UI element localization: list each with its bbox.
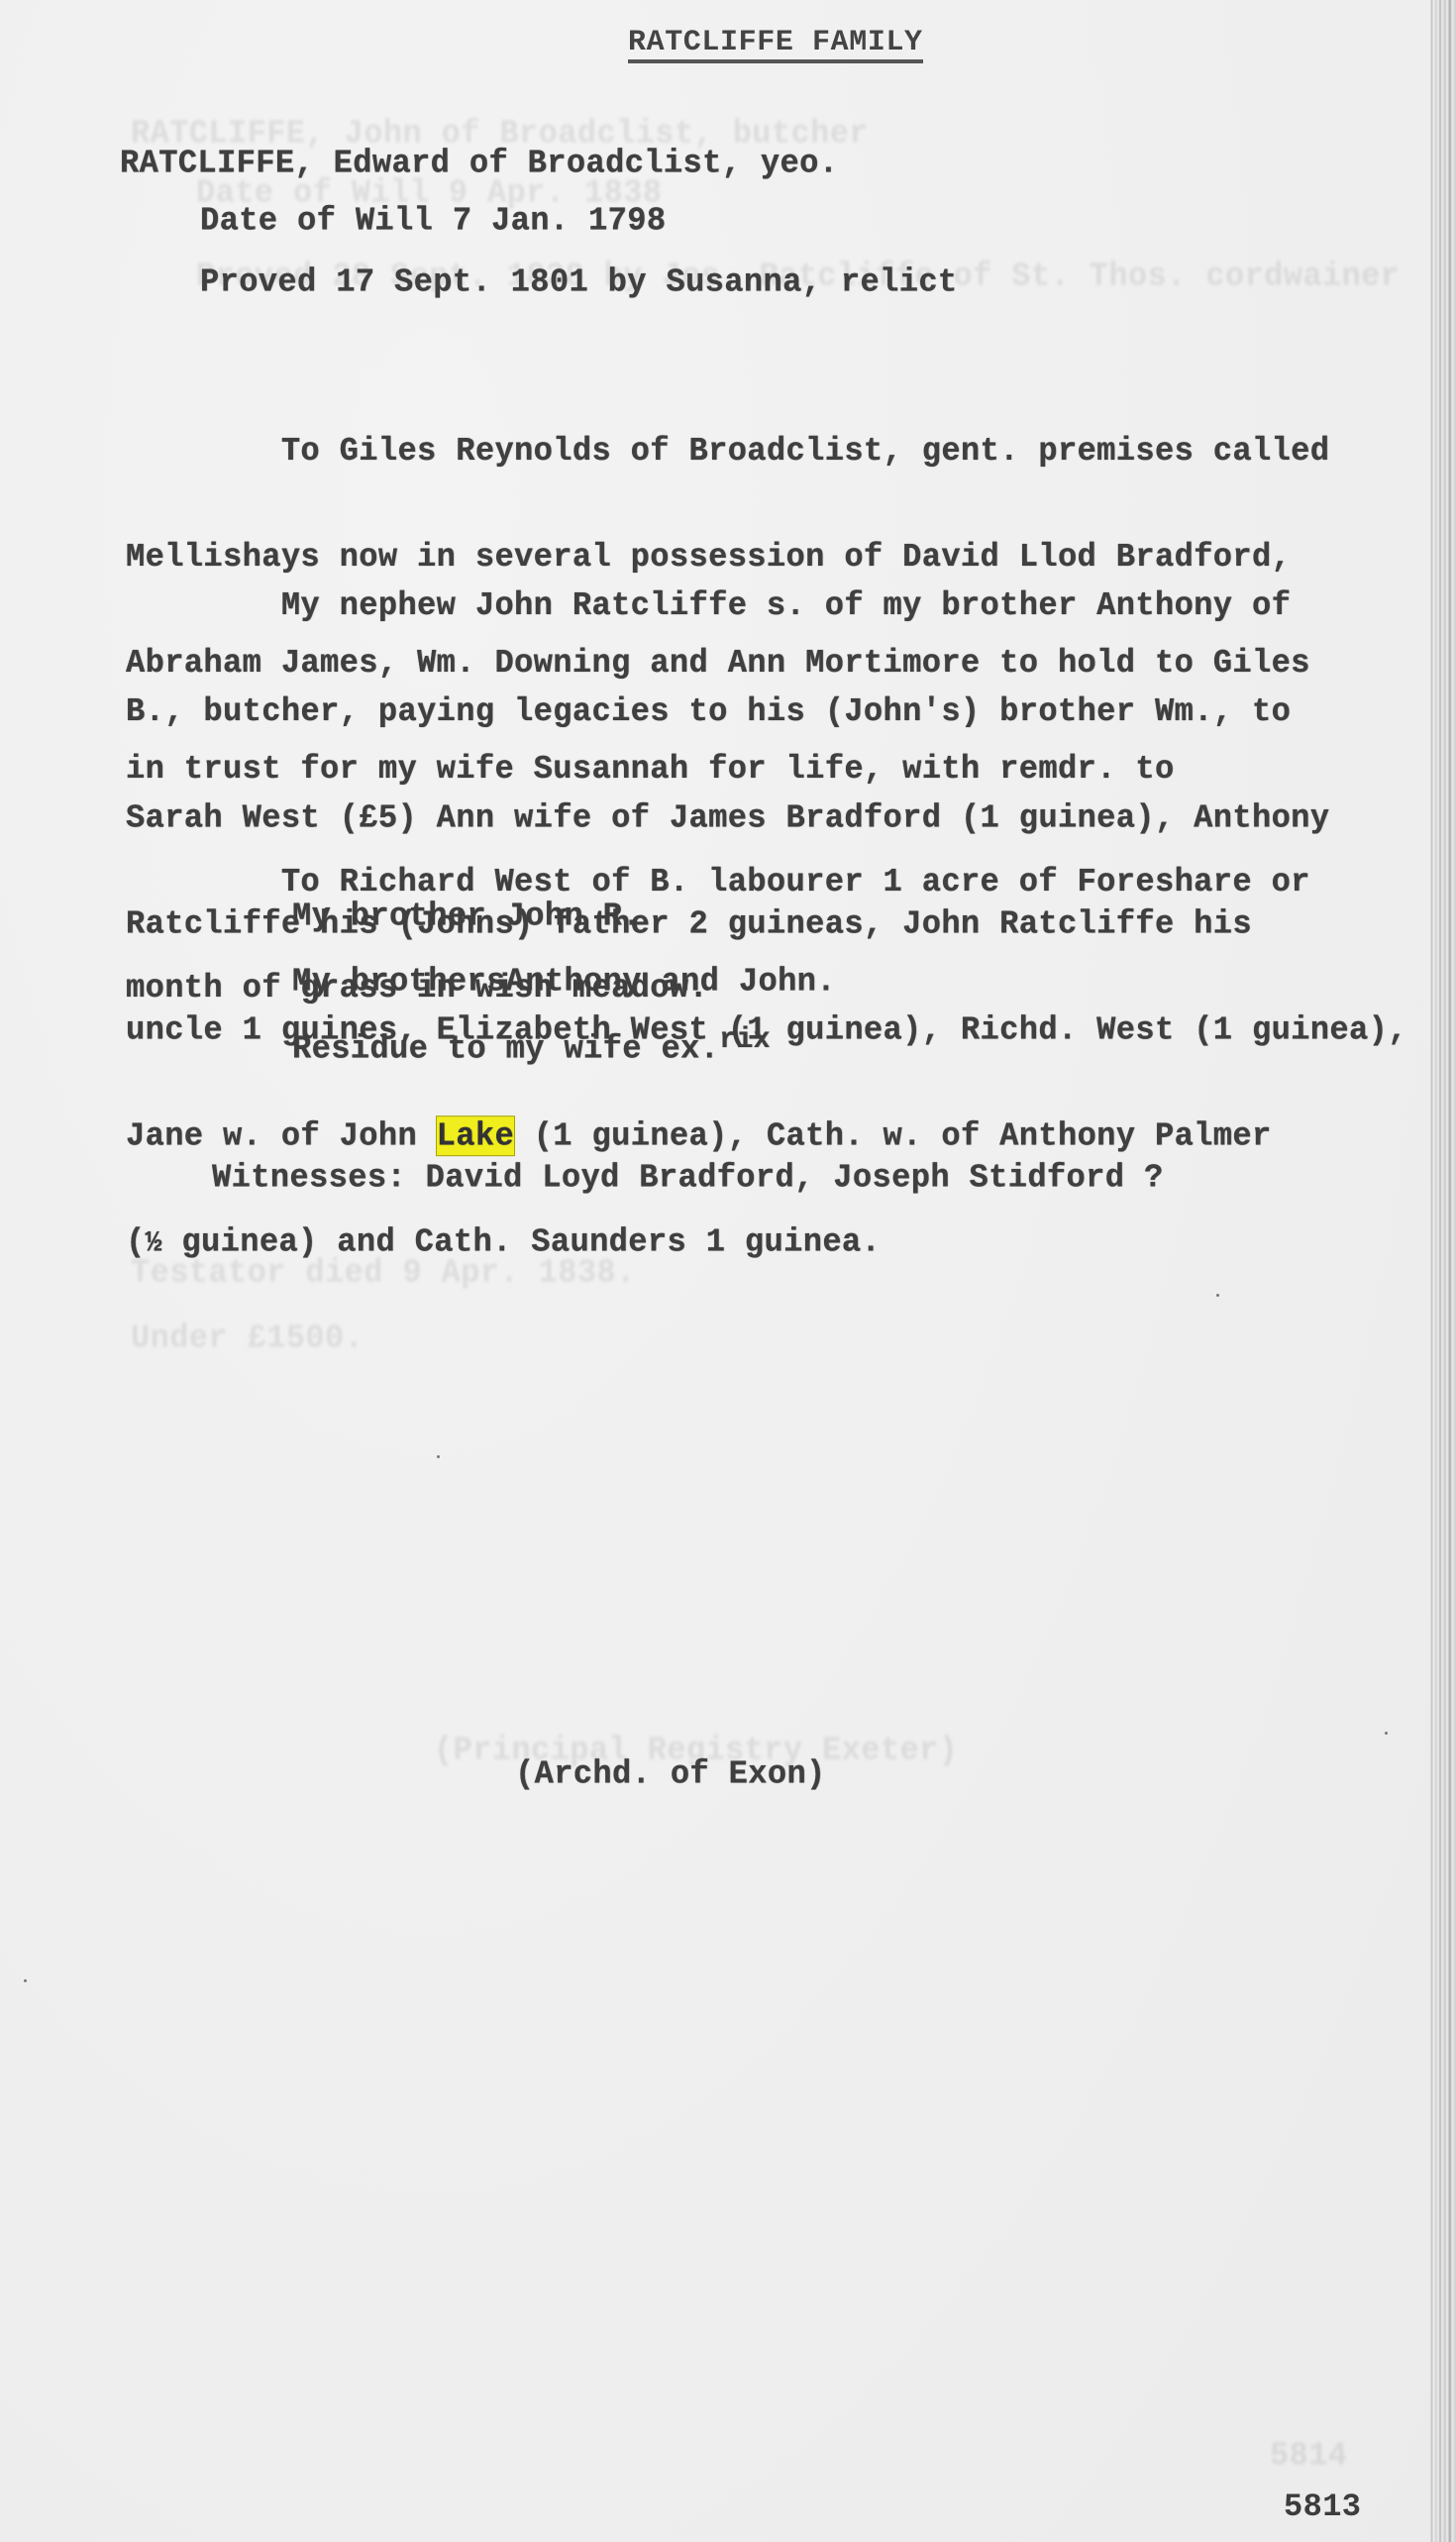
document-title: RATCLIFFE FAMILY — [628, 28, 923, 63]
archive-source: (Archd. of Exon) — [515, 1756, 826, 1792]
paper-speck — [1216, 1294, 1219, 1297]
text-fragment: (1 guinea), Cath. w. of Anthony Palmer — [514, 1116, 1272, 1155]
stacked-page-edges — [1430, 0, 1456, 2542]
witnesses-line: Witnesses: David Loyd Bradford, Joseph S… — [212, 1160, 1164, 1196]
brothers-line: My brothersAnthony and John. — [292, 964, 836, 1000]
superscript: rix — [719, 1024, 771, 1057]
testator-heading: RATCLIFFE, Edward of Broadclist, yeo. — [120, 146, 838, 181]
text-line: Jane w. of John Lake (1 guinea), Cath. w… — [126, 1118, 1407, 1154]
text-fragment: guinea) and Cath. Saunders 1 guinea. — [162, 1222, 881, 1261]
brother-john-line: My brother John R. — [292, 899, 642, 934]
show-through-page-number: 5814 — [1270, 2438, 1347, 2474]
text-line: B., butcher, paying legacies to his (Joh… — [126, 694, 1407, 730]
text-line: To Richard West of B. labourer 1 acre of… — [126, 865, 1310, 900]
text-fragment: ( — [126, 1222, 146, 1261]
half-fraction: ½ — [146, 1228, 162, 1261]
residue-line: Residue to my wife ex.rix — [292, 1031, 771, 1069]
text-fragment: Residue to my wife ex. — [292, 1029, 719, 1068]
date-of-will: Date of Will 7 Jan. 1798 — [200, 203, 666, 239]
page-number: 5813 — [1284, 2489, 1361, 2525]
text-fragment: Jane w. of John — [126, 1116, 437, 1155]
text-line: (½ guinea) and Cath. Saunders 1 guinea. — [126, 1224, 1407, 1260]
paper-speck — [24, 1979, 27, 1982]
paper-speck — [437, 1455, 440, 1458]
paper-speck — [1385, 1732, 1388, 1735]
search-highlight[interactable]: Lake — [437, 1116, 514, 1155]
text-line: To Giles Reynolds of Broadclist, gent. p… — [126, 434, 1329, 470]
document-page: RATCLIFFE, John of Broadclist, butcher D… — [0, 0, 1430, 2542]
probate-line: Proved 17 Sept. 1801 by Susanna, relict — [200, 265, 958, 300]
text-line: My nephew John Ratcliffe s. of my brothe… — [126, 588, 1407, 624]
